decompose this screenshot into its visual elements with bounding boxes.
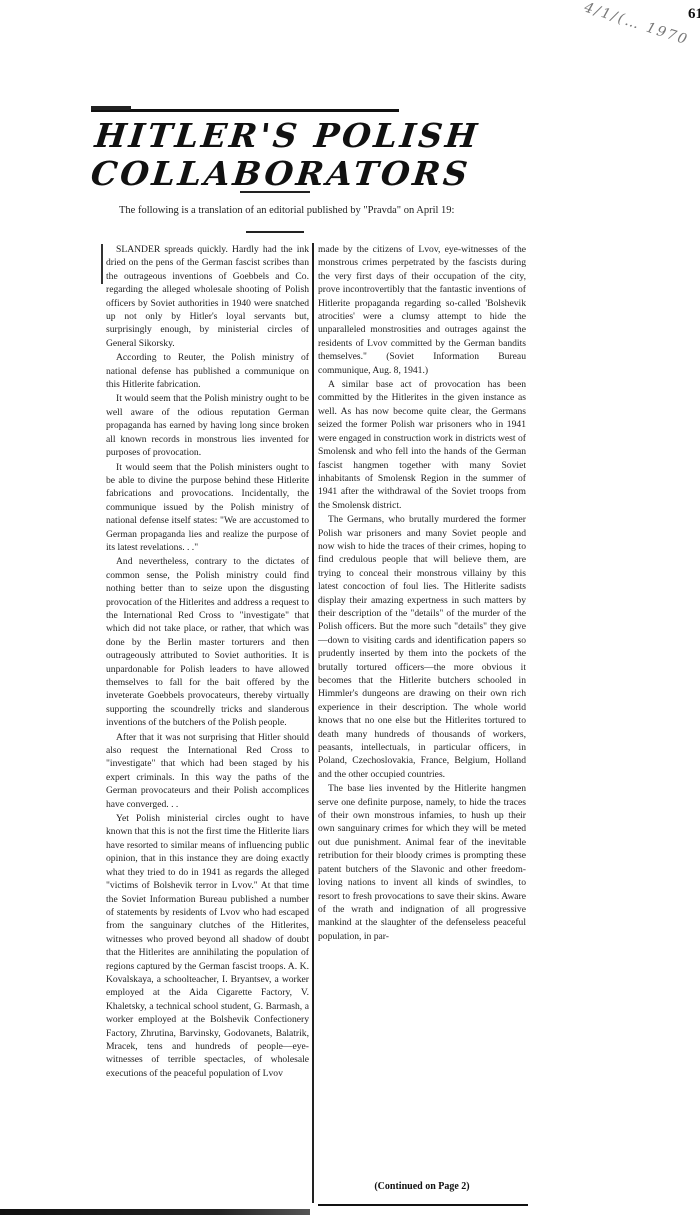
paragraph: Yet Polish ministerial circles ought to … <box>106 812 309 1080</box>
bottom-rule-divider <box>318 1204 528 1206</box>
paragraph: And nevertheless, contrary to the dictat… <box>106 555 309 729</box>
page-number: 61 <box>688 6 700 23</box>
continued-on-page-note: (Continued on Page 2) <box>318 1181 526 1192</box>
headline-line-1: HITLER'S POLISH <box>93 117 437 155</box>
article-headline: HITLER'S POLISH COLLABORATORS <box>89 117 437 193</box>
paragraph: SLANDER spreads quickly. Hardly had the … <box>106 243 309 350</box>
paragraph: made by the citizens of Lvov, eye-witnes… <box>318 243 526 377</box>
article-intro: The following is a translation of an edi… <box>107 203 487 218</box>
column-divider <box>312 243 314 1203</box>
headline-line-2: COLLABORATORS <box>89 155 433 193</box>
paragraph: The Germans, who brutally murdered the f… <box>318 513 526 781</box>
right-column: made by the citizens of Lvov, eye-witnes… <box>318 243 526 944</box>
scan-edge-bar <box>0 1209 310 1215</box>
paragraph: After that it was not surprising that Hi… <box>106 731 309 811</box>
column-edge-mark <box>101 244 103 284</box>
paragraph: A similar base act of provocation has be… <box>318 378 526 512</box>
left-column: SLANDER spreads quickly. Hardly had the … <box>106 243 309 1081</box>
intro-separator <box>246 231 304 233</box>
paragraph: It would seem that the Polish ministry o… <box>106 392 309 459</box>
paragraph: According to Reuter, the Polish ministry… <box>106 351 309 391</box>
handwritten-annotation: 4/1/(… 1970 <box>582 0 690 48</box>
paragraph: The base lies invented by the Hitlerite … <box>318 782 526 943</box>
headline-separator <box>240 191 310 193</box>
paragraph: It would seem that the Polish ministers … <box>106 461 309 555</box>
top-rule-divider <box>91 109 399 112</box>
